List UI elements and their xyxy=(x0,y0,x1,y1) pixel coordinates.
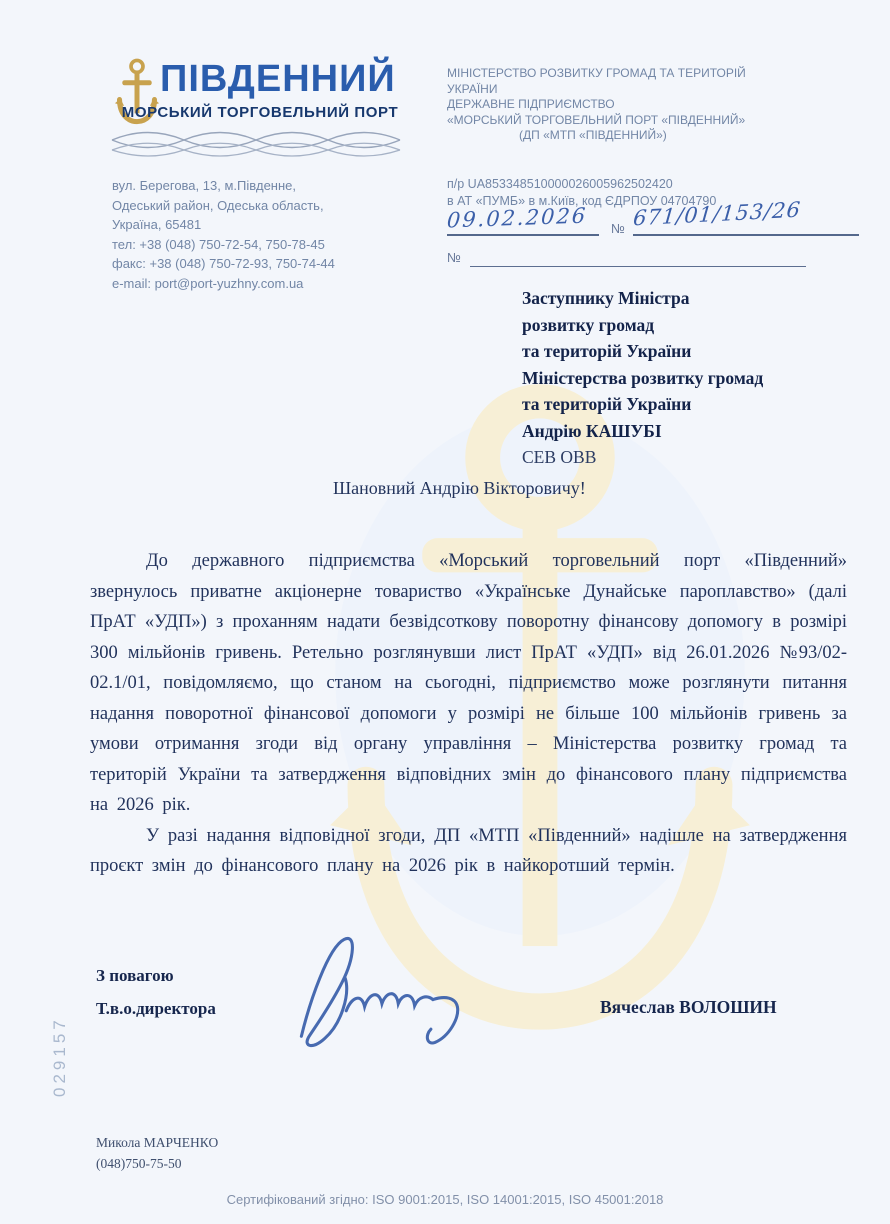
closing-phrase: З повагою xyxy=(96,966,174,986)
recipient-note: СЕВ ОВВ xyxy=(522,444,763,471)
position-title: Т.в.о.директора xyxy=(96,999,216,1019)
recipient-block: Заступнику Міністра розвитку громад та т… xyxy=(522,285,763,471)
blank-number-line xyxy=(470,250,806,267)
bank-account-line: п/р UA853348510000026005962502420 xyxy=(447,176,716,193)
recipient-line: Заступнику Міністра xyxy=(522,285,763,312)
recipient-line: та територій України xyxy=(522,338,763,365)
body-paragraph-1: До державного підприємства «Морський тор… xyxy=(90,546,847,821)
address-line: Україна, 65481 xyxy=(112,215,335,235)
signer-name: Вячеслав ВОЛОШИН xyxy=(600,997,777,1018)
recipient-name: Андрію КАШУБІ xyxy=(522,418,763,445)
waves-decoration-icon xyxy=(108,126,404,160)
executor-block: Микола МАРЧЕНКО (048)750-75-50 xyxy=(96,1132,218,1174)
salutation: Шановний Андрію Вікторовичу! xyxy=(333,478,586,499)
address-line: вул. Берегова, 13, м.Південне, xyxy=(112,176,335,196)
letter-body: До державного підприємства «Морський тор… xyxy=(90,546,847,882)
address-phone: тел: +38 (048) 750-72-54, 750-78-45 xyxy=(112,235,335,255)
address-line: Одеський район, Одеська область, xyxy=(112,196,335,216)
executor-phone: (048)750-75-50 xyxy=(96,1153,218,1174)
recipient-line: та територій України xyxy=(522,391,763,418)
body-paragraph-2: У разі надання відповідної згоди, ДП «МТ… xyxy=(90,821,847,882)
ministry-line: «МОРСЬКИЙ ТОРГОВЕЛЬНИЙ ПОРТ «ПІВДЕННИЙ» xyxy=(447,113,847,129)
address-block: вул. Берегова, 13, м.Південне, Одеський … xyxy=(112,176,335,293)
ministry-line: МІНІСТЕРСТВО РОЗВИТКУ ГРОМАД ТА ТЕРИТОРІ… xyxy=(447,66,847,82)
certification-footer: Сертифікований згідно: ISO 9001:2015, IS… xyxy=(0,1192,890,1207)
handwritten-date: 09.02.2026 xyxy=(446,204,588,233)
ministry-line: ДЕРЖАВНЕ ПІДПРИЄМСТВО xyxy=(447,97,847,113)
second-number-label: № xyxy=(447,250,461,265)
logo-title: ПІВДЕННИЙ xyxy=(160,58,396,101)
outgoing-number-field: 671/01/153/26 xyxy=(633,204,859,236)
ministry-line: УКРАЇНИ xyxy=(447,82,847,98)
address-email: e-mail: port@port-yuzhny.com.ua xyxy=(112,274,335,294)
executor-name: Микола МАРЧЕНКО xyxy=(96,1132,218,1153)
ministry-block: МІНІСТЕРСТВО РОЗВИТКУ ГРОМАД ТА ТЕРИТОРІ… xyxy=(447,66,847,144)
address-fax: факс: +38 (048) 750-72-93, 750-74-44 xyxy=(112,254,335,274)
logo-subtitle: МОРСЬКИЙ ТОРГОВЕЛЬНИЙ ПОРТ xyxy=(112,104,408,121)
date-field: 09.02.2026 xyxy=(447,206,599,236)
signature-scribble xyxy=(283,928,538,1063)
number-label: № xyxy=(611,221,625,236)
document-side-number: 029157 xyxy=(50,952,70,1097)
ministry-line: (ДП «МТП «ПІВДЕННИЙ») xyxy=(447,128,847,144)
scanned-letter-page: ПІВДЕННИЙ МОРСЬКИЙ ТОРГОВЕЛЬНИЙ ПОРТ МІН… xyxy=(0,0,890,1224)
recipient-line: розвитку громад xyxy=(522,312,763,339)
recipient-line: Міністерства розвитку громад xyxy=(522,365,763,392)
